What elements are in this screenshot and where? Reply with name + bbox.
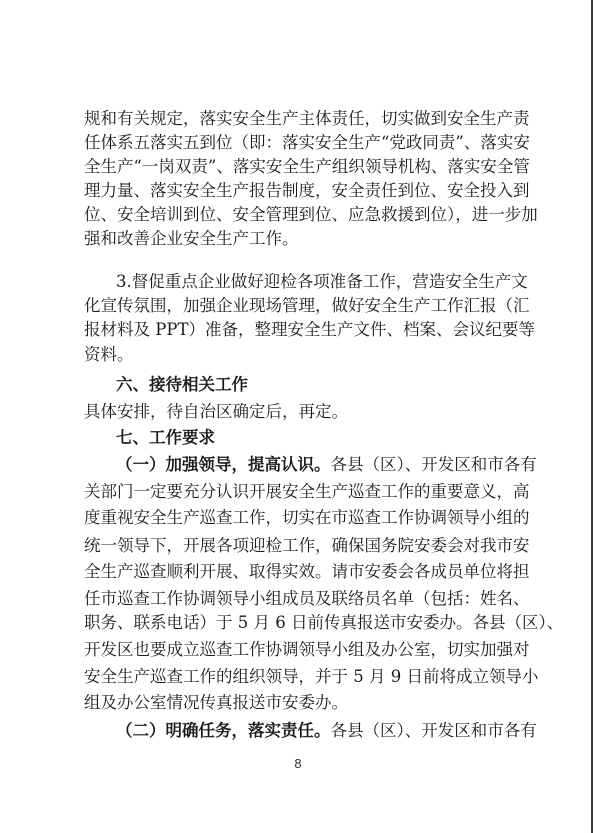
paragraph-line: 职务、联系电话）于 5 月 6 日前传真报送市安委办。各县（区）、 [84,611,514,635]
paragraph-line: 任体系五落实五到位（即：落实安全生产“党政同责”、落实安 [84,131,514,155]
paragraph-line: 关部门一定要充分认识开展安全生产巡查工作的重要意义，高 [84,480,514,504]
paragraph-text: 各县（区）、开发区和市各有 [331,455,537,474]
paragraph-line: 具体安排，待自治区确定后，再定。 [84,400,514,424]
subsection-heading-2: （二）明确任务，落实责任。 [116,721,331,740]
paragraph-line: 全生产巡查顺利开展、取得实效。请市安委会各成员单位将担 [84,560,514,584]
paragraph-line: 化宣传氛围，加强企业现场管理，做好安全生产工作汇报（汇 [84,294,514,318]
paragraph-line: 度重视安全生产巡查工作，切实在市巡查工作协调领导小组的 [84,506,514,530]
paragraph-line: 安全生产巡查工作的组织领导，并于 5 月 9 日前将成立领导小 [84,665,514,689]
paragraph-line: 3.督促重点企业做好迎检各项准备工作，营造安全生产文 [116,270,514,294]
page-number: 8 [290,756,306,771]
paragraph-line: 统一领导下，开展各项迎检工作，确保国务院安委会对我市安 [84,534,514,558]
subsection-heading-1: （一）加强领导，提高认识。 [116,455,331,474]
paragraph-line: 资料。 [84,343,514,367]
document-page: 规和有关规定，落实安全生产主体责任，切实做到安全生产责 任体系五落实五到位（即：… [0,0,593,833]
subsection-line: （一）加强领导，提高认识。各县（区）、开发区和市各有 [116,453,514,477]
subsection-line: （二）明确任务，落实责任。各县（区）、开发区和市各有 [116,719,514,743]
paragraph-line: 开发区也要成立巡查工作协调领导小组及办公室，切实加强对 [84,638,514,662]
paragraph-line: 报材料及 PPT）准备，整理安全生产文件、档案、会议纪要等 [84,318,514,342]
paragraph-line: 理力量、落实安全生产报告制度，安全责任到位、安全投入到 [84,179,514,203]
paragraph-line: 组及办公室情况传真报送市安委办。 [84,691,514,715]
paragraph-line: 位、安全培训到位、安全管理到位、应急救援到位），进一步加 [84,203,514,227]
paragraph-line: 强和改善企业安全生产工作。 [84,227,514,251]
paragraph-text: 各县（区）、开发区和市各有 [331,721,537,740]
paragraph-line: 全生产“一岗双责”、落实安全生产组织领导机构、落实安全管 [84,155,514,179]
paragraph-line: 规和有关规定，落实安全生产主体责任，切实做到安全生产责 [84,107,514,131]
section-heading-requirements: 七、工作要求 [116,426,514,450]
section-heading-reception: 六、接待相关工作 [116,373,514,397]
paragraph-line: 任市巡查工作协调领导小组成员及联络员名单（包括：姓名、 [84,587,514,611]
